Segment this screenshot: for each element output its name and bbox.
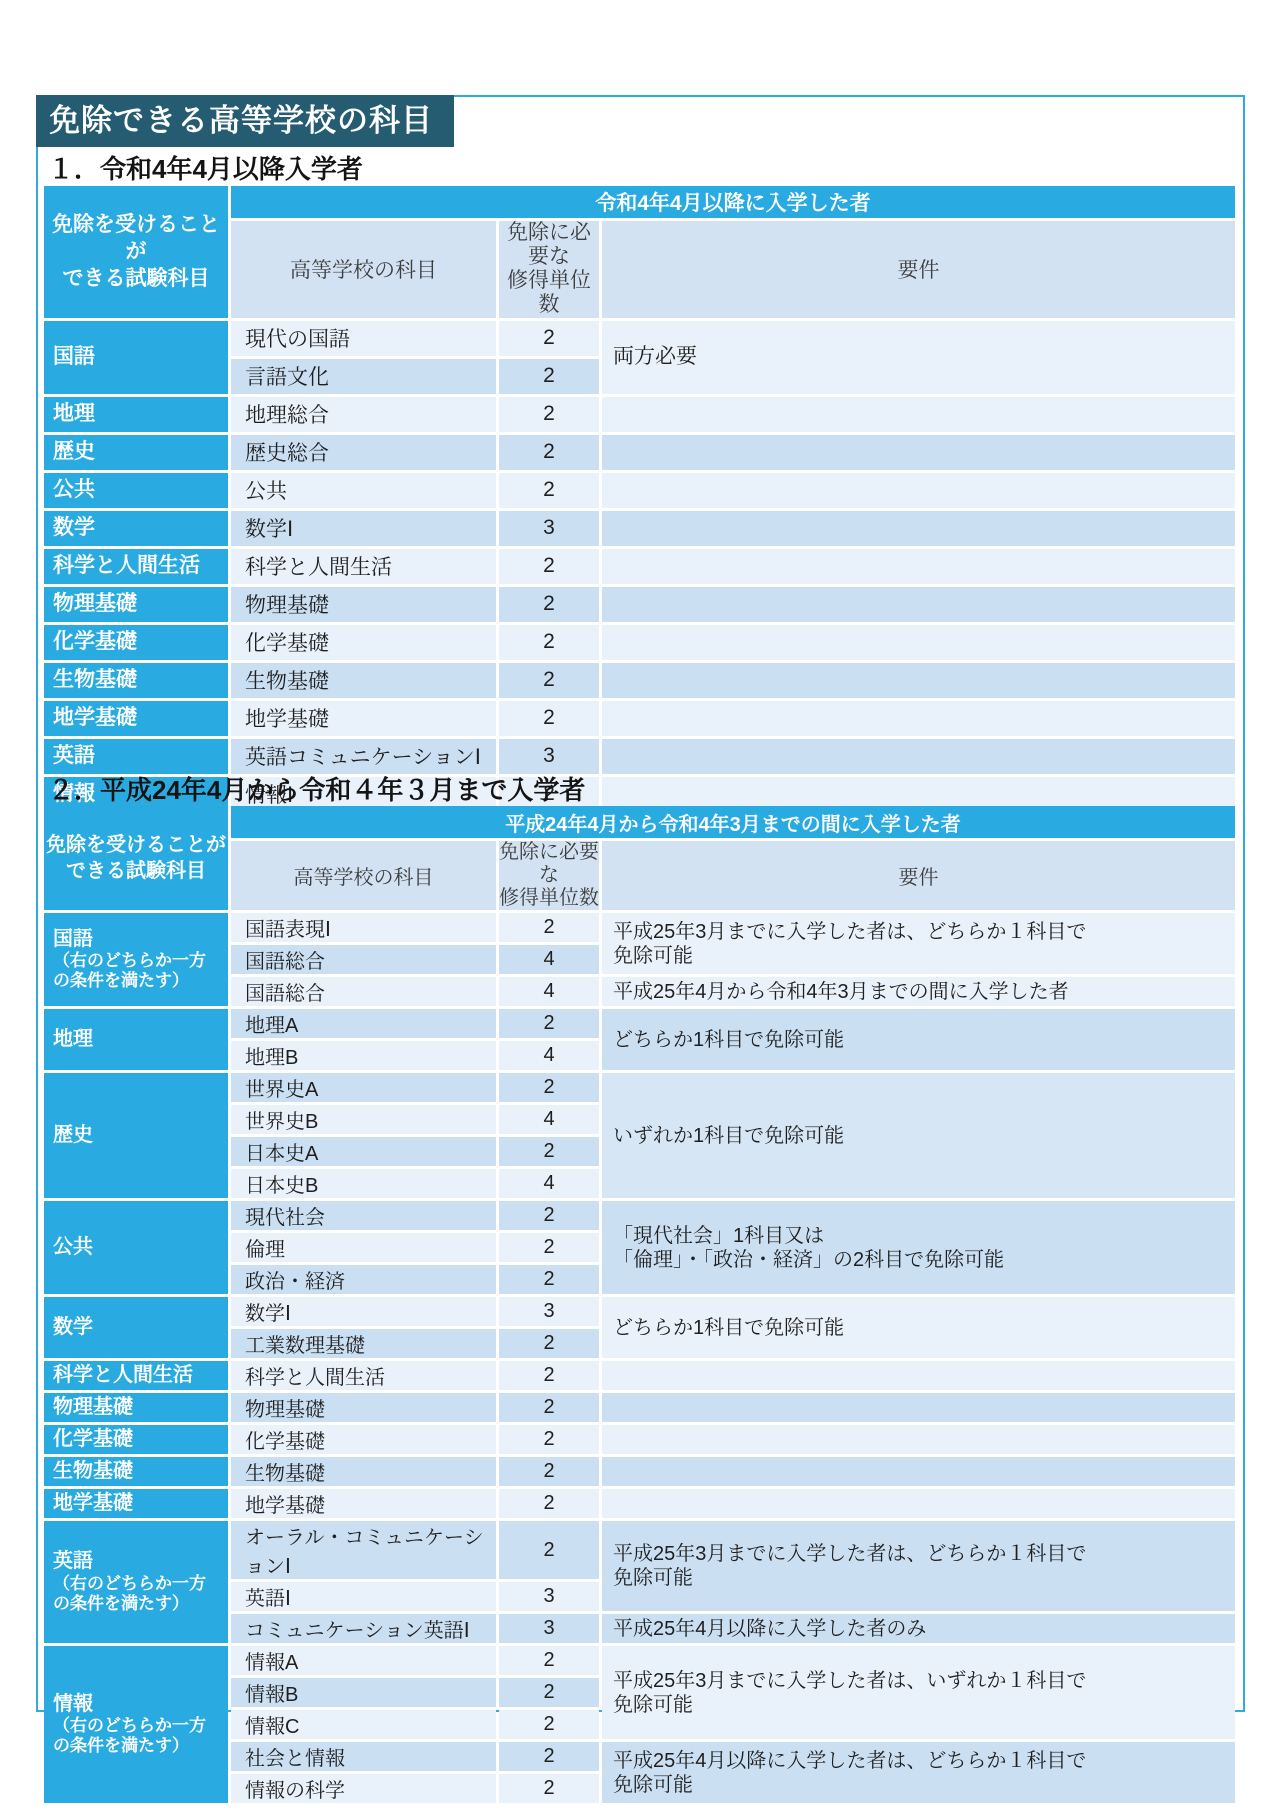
req-cell bbox=[602, 701, 1235, 736]
exam-cell: 情報（右のどちらか一方 の条件を満たす） bbox=[44, 1646, 228, 1803]
subject-cell: 公共 bbox=[231, 473, 496, 508]
units-cell: 2 bbox=[499, 1742, 599, 1771]
subject-cell: 国語総合 bbox=[231, 977, 496, 1006]
exam-cell: 国語（右のどちらか一方 の条件を満たす） bbox=[44, 913, 228, 1006]
subject-cell: 化学基礎 bbox=[231, 625, 496, 660]
req-cell: どちらか1科目で免除可能 bbox=[602, 1009, 1235, 1070]
units-cell: 2 bbox=[499, 1710, 599, 1739]
exam-cell: 生物基礎 bbox=[44, 663, 228, 698]
units-cell: 2 bbox=[499, 321, 599, 356]
req-cell bbox=[602, 549, 1235, 584]
units-cell: 2 bbox=[499, 1201, 599, 1230]
subject-header-cell: 高等学校の科目 bbox=[231, 841, 496, 910]
req-cell: 平成25年3月までに入学した者は、いずれか１科目で 免除可能 bbox=[602, 1646, 1235, 1739]
table-2: 免除を受けることが できる試験科目 平成24年4月から令和4年3月までの間に入学… bbox=[41, 803, 1238, 1806]
subject-cell: 倫理 bbox=[231, 1233, 496, 1262]
req-cell: どちらか1科目で免除可能 bbox=[602, 1297, 1235, 1358]
exam-cell: 英語 bbox=[44, 739, 228, 774]
section-1-heading: １．令和4年4月以降入学者 bbox=[48, 149, 363, 186]
subject-cell: 科学と人間生活 bbox=[231, 1361, 496, 1390]
units-cell: 2 bbox=[499, 435, 599, 470]
subject-cell: 物理基礎 bbox=[231, 587, 496, 622]
req-cell: 平成25年4月以降に入学した者のみ bbox=[602, 1614, 1235, 1643]
subject-cell: 英語コミュニケーションⅠ bbox=[231, 739, 496, 774]
subject-cell: 地理A bbox=[231, 1009, 496, 1038]
exam-cell: 物理基礎 bbox=[44, 1393, 228, 1422]
subject-cell: 世界史B bbox=[231, 1105, 496, 1134]
subject-cell: 歴史総合 bbox=[231, 435, 496, 470]
subject-header-cell: 高等学校の科目 bbox=[231, 221, 496, 318]
exam-cell: 歴史 bbox=[44, 435, 228, 470]
subject-cell: 科学と人間生活 bbox=[231, 549, 496, 584]
exam-cell: 公共 bbox=[44, 1201, 228, 1294]
exam-cell: 生物基礎 bbox=[44, 1457, 228, 1486]
exam-cell: 公共 bbox=[44, 473, 228, 508]
subject-cell: 地理総合 bbox=[231, 397, 496, 432]
exam-cell: 英語（右のどちらか一方 の条件を満たす） bbox=[44, 1521, 228, 1643]
subject-cell: 生物基礎 bbox=[231, 1457, 496, 1486]
units-cell: 3 bbox=[499, 1614, 599, 1643]
units-cell: 2 bbox=[499, 1425, 599, 1454]
req-cell bbox=[602, 1361, 1235, 1390]
req-cell: 平成25年3月までに入学した者は、どちらか１科目で 免除可能 bbox=[602, 1521, 1235, 1611]
req-cell: 「現代社会」1科目又は 「倫理」・「政治・経済」の2科目で免除可能 bbox=[602, 1201, 1235, 1294]
exam-cell: 地理 bbox=[44, 397, 228, 432]
units-cell: 2 bbox=[499, 1009, 599, 1038]
req-cell: 両方必要 bbox=[602, 321, 1235, 394]
units-cell: 2 bbox=[499, 1137, 599, 1166]
subject-cell: 世界史A bbox=[231, 1073, 496, 1102]
subject-cell: 現代社会 bbox=[231, 1201, 496, 1230]
units-cell: 2 bbox=[499, 625, 599, 660]
units-cell: 2 bbox=[499, 1774, 599, 1803]
units-cell: 3 bbox=[499, 1582, 599, 1611]
units-header-cell: 免除に必要な 修得単位数 bbox=[499, 221, 599, 318]
subject-cell: 情報の科学 bbox=[231, 1774, 496, 1803]
units-cell: 2 bbox=[499, 1073, 599, 1102]
exam-cell: 地学基礎 bbox=[44, 1489, 228, 1518]
subject-cell: 数学Ⅰ bbox=[231, 1297, 496, 1326]
req-cell: 平成25年4月以降に入学した者は、どちらか１科目で 免除可能 bbox=[602, 1742, 1235, 1803]
units-cell: 2 bbox=[499, 701, 599, 736]
req-header-cell: 要件 bbox=[602, 841, 1235, 910]
exam-cell: 数学 bbox=[44, 511, 228, 546]
subject-cell: 言語文化 bbox=[231, 359, 496, 394]
subject-cell: 国語総合 bbox=[231, 945, 496, 974]
req-cell bbox=[602, 1425, 1235, 1454]
table-1: 免除を受けることが できる試験科目 令和4年4月以降に入学した者 高等学校の科目… bbox=[41, 183, 1238, 815]
units-cell: 4 bbox=[499, 945, 599, 974]
req-cell: 平成25年3月までに入学した者は、どちらか１科目で 免除可能 bbox=[602, 913, 1235, 974]
subject-cell: 日本史A bbox=[231, 1137, 496, 1166]
exam-cell: 物理基礎 bbox=[44, 587, 228, 622]
units-cell: 2 bbox=[499, 473, 599, 508]
req-cell bbox=[602, 739, 1235, 774]
req-cell bbox=[602, 1393, 1235, 1422]
units-cell: 3 bbox=[499, 511, 599, 546]
units-cell: 2 bbox=[499, 1457, 599, 1486]
subject-cell: 地学基礎 bbox=[231, 701, 496, 736]
subject-cell: コミュニケーション英語Ⅰ bbox=[231, 1614, 496, 1643]
units-cell: 2 bbox=[499, 1521, 599, 1579]
units-cell: 2 bbox=[499, 663, 599, 698]
units-cell: 2 bbox=[499, 1646, 599, 1675]
top-header-cell: 平成24年4月から令和4年3月までの間に入学した者 bbox=[231, 806, 1235, 838]
units-cell: 2 bbox=[499, 587, 599, 622]
req-header-cell: 要件 bbox=[602, 221, 1235, 318]
page-title: 免除できる高等学校の科目 bbox=[36, 95, 454, 147]
subject-cell: 物理基礎 bbox=[231, 1393, 496, 1422]
units-cell: 2 bbox=[499, 549, 599, 584]
exam-cell: 国語 bbox=[44, 321, 228, 394]
subject-cell: 政治・経済 bbox=[231, 1265, 496, 1294]
units-cell: 4 bbox=[499, 1105, 599, 1134]
req-cell bbox=[602, 435, 1235, 470]
units-header-cell: 免除に必要な 修得単位数 bbox=[499, 841, 599, 910]
req-cell bbox=[602, 511, 1235, 546]
units-cell: 3 bbox=[499, 1297, 599, 1326]
units-cell: 4 bbox=[499, 1169, 599, 1198]
subject-cell: 日本史B bbox=[231, 1169, 496, 1198]
subject-cell: 化学基礎 bbox=[231, 1425, 496, 1454]
subject-cell: 情報A bbox=[231, 1646, 496, 1675]
top-header-cell: 令和4年4月以降に入学した者 bbox=[231, 186, 1235, 218]
units-cell: 4 bbox=[499, 1041, 599, 1070]
section-2-heading: ２．平成24年4月から令和４年３月まで入学者 bbox=[48, 770, 585, 807]
req-cell bbox=[602, 473, 1235, 508]
subject-cell: 数学Ⅰ bbox=[231, 511, 496, 546]
left-header-cell: 免除を受けることが できる試験科目 bbox=[44, 806, 228, 910]
subject-cell: 情報C bbox=[231, 1710, 496, 1739]
exam-cell: 科学と人間生活 bbox=[44, 549, 228, 584]
exam-cell: 地学基礎 bbox=[44, 701, 228, 736]
units-cell: 2 bbox=[499, 1393, 599, 1422]
exam-cell: 地理 bbox=[44, 1009, 228, 1070]
units-cell: 2 bbox=[499, 397, 599, 432]
subject-cell: 地理B bbox=[231, 1041, 496, 1070]
units-cell: 3 bbox=[499, 739, 599, 774]
req-cell bbox=[602, 397, 1235, 432]
units-cell: 4 bbox=[499, 977, 599, 1006]
units-cell: 2 bbox=[499, 1233, 599, 1262]
units-cell: 2 bbox=[499, 1489, 599, 1518]
subject-cell: オーラル・コミュニケーションⅠ bbox=[231, 1521, 496, 1579]
subject-cell: 情報B bbox=[231, 1678, 496, 1707]
subject-cell: 地学基礎 bbox=[231, 1489, 496, 1518]
units-cell: 2 bbox=[499, 1265, 599, 1294]
req-cell bbox=[602, 625, 1235, 660]
subject-cell: 工業数理基礎 bbox=[231, 1329, 496, 1358]
page: 免除できる高等学校の科目 １．令和4年4月以降入学者 免除を受けることが できる… bbox=[0, 0, 1280, 1810]
subject-cell: 生物基礎 bbox=[231, 663, 496, 698]
subject-cell: 英語Ⅰ bbox=[231, 1582, 496, 1611]
subject-cell: 現代の国語 bbox=[231, 321, 496, 356]
exam-cell: 化学基礎 bbox=[44, 1425, 228, 1454]
req-cell bbox=[602, 1457, 1235, 1486]
req-cell bbox=[602, 1489, 1235, 1518]
subject-cell: 社会と情報 bbox=[231, 1742, 496, 1771]
req-cell: 平成25年4月から令和4年3月までの間に入学した者 bbox=[602, 977, 1235, 1006]
req-cell bbox=[602, 587, 1235, 622]
req-cell: いずれか1科目で免除可能 bbox=[602, 1073, 1235, 1198]
exam-cell: 数学 bbox=[44, 1297, 228, 1358]
req-cell bbox=[602, 663, 1235, 698]
subject-cell: 国語表現Ⅰ bbox=[231, 913, 496, 942]
units-cell: 2 bbox=[499, 1678, 599, 1707]
exam-cell: 化学基礎 bbox=[44, 625, 228, 660]
exam-cell: 歴史 bbox=[44, 1073, 228, 1198]
units-cell: 2 bbox=[499, 913, 599, 942]
left-header-cell: 免除を受けることが できる試験科目 bbox=[44, 186, 228, 318]
units-cell: 2 bbox=[499, 359, 599, 394]
exam-cell: 科学と人間生活 bbox=[44, 1361, 228, 1390]
units-cell: 2 bbox=[499, 1329, 599, 1358]
units-cell: 2 bbox=[499, 1361, 599, 1390]
